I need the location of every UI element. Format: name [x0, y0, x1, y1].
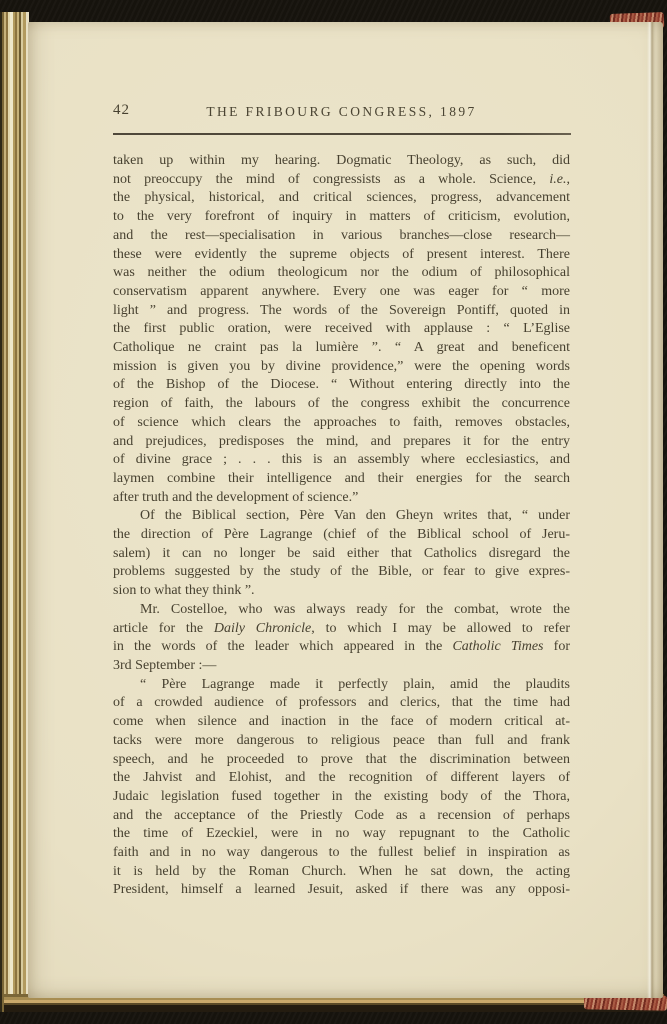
text-line: region of faith, the labours of the cong…: [113, 395, 570, 414]
text-line: “ Père Lagrange made it perfectly plain,…: [113, 676, 570, 695]
text-line: the direction of Père Lagrange (chief of…: [113, 526, 570, 545]
text-body: taken up within my hearing. Dogmatic The…: [113, 152, 570, 900]
header-rule: [113, 133, 571, 135]
text-line: in the words of the leader which appeare…: [113, 638, 570, 657]
text-line: was neither the odium theologicum nor th…: [113, 264, 570, 283]
text-line: of a crowded audience of professors and …: [113, 694, 570, 713]
text-line: the Jahvist and Elohist, and the recogni…: [113, 769, 570, 788]
text-line: tacks were more dangerous to religious p…: [113, 732, 570, 751]
text-line: Of the Biblical section, Père Van den Gh…: [113, 507, 570, 526]
text-line: the first public oration, were received …: [113, 320, 570, 339]
paragraph: Of the Biblical section, Père Van den Gh…: [113, 507, 570, 601]
book-page: 42 THE FRIBOURG CONGRESS, 1897 taken up …: [28, 22, 663, 998]
text-line: faith and in no way dangerous to the ful…: [113, 844, 570, 863]
text-line: laymen combine their intelligence and th…: [113, 470, 570, 489]
text-line: sion to what they think ”.: [113, 582, 570, 601]
text-line: President, himself a learned Jesuit, ask…: [113, 881, 570, 900]
page-stack-left-edge: [0, 12, 29, 1012]
paragraph: taken up within my hearing. Dogmatic The…: [113, 152, 570, 507]
text-line: conservatism apparent anywhere. Every on…: [113, 283, 570, 302]
text-line: and the rest—specialisation in various b…: [113, 227, 570, 246]
text-line: it is held by the Roman Church. When he …: [113, 863, 570, 882]
text-line: of the Bishop of the Diocese. “ Without …: [113, 376, 570, 395]
text-line: light ” and progress. The words of the S…: [113, 302, 570, 321]
text-line: these were evidently the supreme objects…: [113, 246, 570, 265]
text-line: come when silence and inaction in the fa…: [113, 713, 570, 732]
text-line: and the acceptance of the Priestly Code …: [113, 807, 570, 826]
book-scan: 42 THE FRIBOURG CONGRESS, 1897 taken up …: [0, 0, 667, 1024]
gutter-crease: [647, 22, 663, 998]
text-line: of science which clears the approaches t…: [113, 414, 570, 433]
text-line: 3rd September :—: [113, 657, 570, 676]
text-line: the physical, historical, and critical s…: [113, 189, 570, 208]
text-line: taken up within my hearing. Dogmatic The…: [113, 152, 570, 171]
paragraph: “ Père Lagrange made it perfectly plain,…: [113, 676, 570, 900]
text-line: to the very forefront of inquiry in matt…: [113, 208, 570, 227]
text-line: of divine grace ; . . . this is an assem…: [113, 451, 570, 470]
text-line: Mr. Costelloe, who was always ready for …: [113, 601, 570, 620]
paragraph: Mr. Costelloe, who was always ready for …: [113, 601, 570, 676]
text-line: after truth and the development of scien…: [113, 489, 570, 508]
text-line: and prejudices, predisposes the mind, an…: [113, 433, 570, 452]
text-line: speech, and he proceeded to prove that t…: [113, 751, 570, 770]
text-line: salem) it can no longer be said either t…: [113, 545, 570, 564]
text-line: Catholique ne craint pas la lumière ”. “…: [113, 339, 570, 358]
text-line: problems suggested by the study of the B…: [113, 563, 570, 582]
text-line: mission is given you by divine providenc…: [113, 358, 570, 377]
running-header-title: THE FRIBOURG CONGRESS, 1897: [113, 104, 570, 120]
text-line: not preoccupy the mind of congressists a…: [113, 171, 570, 190]
text-line: the time of Ezeckiel, were in no way rep…: [113, 825, 570, 844]
text-line: article for the Daily Chronicle, to whic…: [113, 620, 570, 639]
text-line: Judaic legislation fused together in the…: [113, 788, 570, 807]
